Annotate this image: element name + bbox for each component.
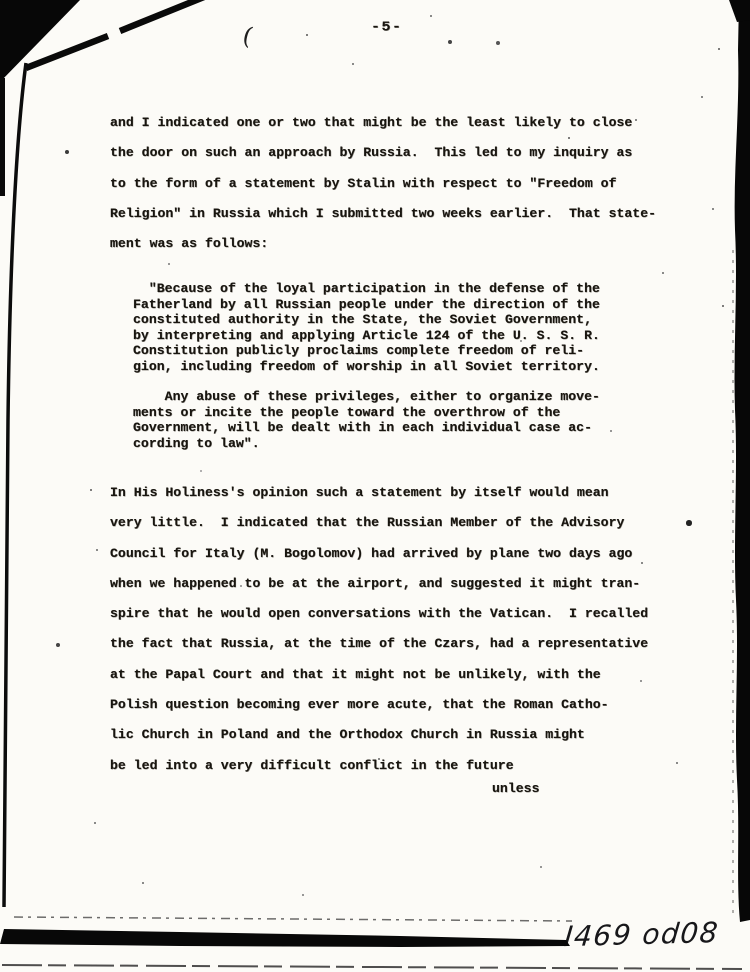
scan-corner-triangle [0, 0, 80, 82]
scanned-document-page: -5- ( and I indicated one or two that mi… [0, 0, 750, 972]
scan-noise-speckles [0, 0, 2, 2]
scan-bottom-rule [2, 965, 742, 969]
scan-right-band [735, 0, 750, 922]
scan-border-artifacts [0, 0, 750, 972]
scan-left-edge-strip [0, 78, 5, 196]
scan-bottom-wedge [0, 929, 570, 947]
scan-left-edge-line [4, 63, 26, 907]
scan-top-right-blob [729, 0, 750, 22]
scan-bottom-dashed-line [14, 917, 572, 921]
